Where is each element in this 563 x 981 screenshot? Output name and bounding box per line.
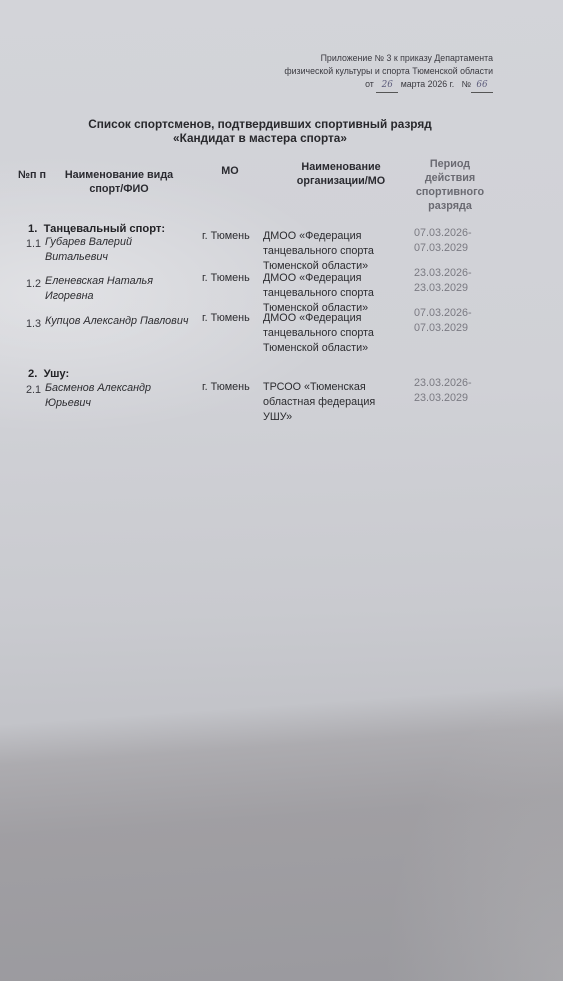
organization-cell: ДМОО «Федерация танцевального спорта Тюм… <box>263 311 393 356</box>
row-num: 1.1 <box>26 238 41 250</box>
athlete-name: Губарев Валерий Витальевич <box>45 235 185 265</box>
mo-cell: г. Тюмень <box>202 311 250 326</box>
section-heading: 2. Ушу: <box>28 368 69 380</box>
title-line-2: «Кандидат в мастера спорта» <box>0 131 520 145</box>
organization-cell: ДМОО «Федерация танцевального спорта Тюм… <box>263 271 393 316</box>
row-num: 2.1 <box>26 384 41 396</box>
period-cell: 07.03.2026- 07.03.2029 <box>414 306 472 336</box>
header-organization: Наименование организации/МО <box>285 160 397 188</box>
row-num: 1.2 <box>26 278 41 290</box>
header-num: №п п <box>16 168 48 182</box>
date-prefix: от <box>365 79 374 89</box>
header-mo: МО <box>210 164 250 178</box>
appendix-line-1: Приложение № 3 к приказу Департамента <box>284 52 493 65</box>
period-cell: 23.03.2026- 23.03.2029 <box>414 266 472 296</box>
organization-cell: ТРСОО «Тюменская областная федерация УШУ… <box>263 380 383 425</box>
date-suffix: марта 2026 г. <box>401 79 455 89</box>
appendix-line-3: от 26 марта 2026 г. №66 <box>284 78 493 93</box>
handwritten-order-number: 66 <box>471 79 493 93</box>
organization-cell: ДМОО «Федерация танцевального спорта Тюм… <box>263 229 393 274</box>
row-num: 1.3 <box>26 318 41 330</box>
appendix-line-2: физической культуры и спорта Тюменской о… <box>284 65 493 78</box>
header-period: Период действия спортивного разряда <box>410 157 490 213</box>
photo-shadow-highlight <box>383 680 563 981</box>
header-sport-name: Наименование вида спорт/ФИО <box>58 168 180 196</box>
document-title: Список спортсменов, подтвердивших спорти… <box>0 117 520 145</box>
title-line-1: Список спортсменов, подтвердивших спорти… <box>0 117 520 131</box>
handwritten-day: 26 <box>376 79 398 93</box>
photo-shadow <box>0 0 563 981</box>
period-cell: 07.03.2026- 07.03.2029 <box>414 226 472 256</box>
mo-cell: г. Тюмень <box>202 229 250 244</box>
athlete-name: Басменов Александр Юрьевич <box>45 381 175 411</box>
athlete-name: Еленевская Наталья Игоревна <box>45 274 185 304</box>
mo-cell: г. Тюмень <box>202 380 250 395</box>
period-cell: 23.03.2026- 23.03.2029 <box>414 376 472 406</box>
section-heading: 1. Танцевальный спорт: <box>28 223 165 235</box>
number-prefix: № <box>462 79 471 89</box>
athlete-name: Купцов Александр Павлович <box>45 314 205 329</box>
mo-cell: г. Тюмень <box>202 271 250 286</box>
order-appendix-note: Приложение № 3 к приказу Департамента фи… <box>284 52 493 93</box>
